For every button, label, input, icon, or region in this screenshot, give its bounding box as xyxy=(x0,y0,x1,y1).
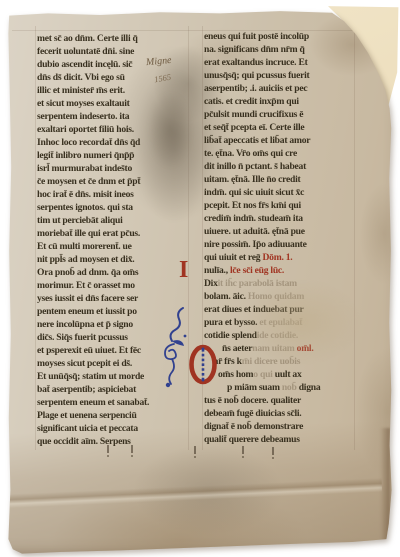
pen-trial-mark xyxy=(131,445,133,453)
parchment-leaf: met sc̄ ao dn̄m. Certe illi q̄fecerit uo… xyxy=(0,0,400,557)
manuscript-line: hoc irat̄ ē dn̄s. misit ineos xyxy=(37,188,193,201)
body-text: qui uiuit et reḡ xyxy=(204,252,260,263)
body-text: te. ęt̄na. Vr̄o om̄s qui cre xyxy=(204,148,297,159)
body-text: et seq̄t̄ pcepta eī. Certe ille xyxy=(204,122,304,133)
body-text: nulīa., xyxy=(204,265,230,276)
body-text: que occidit aīm. Serpens xyxy=(37,436,131,447)
body-text: Inhoc loco recordat̄ dn̄s q̄d xyxy=(37,137,140,148)
manuscript-line: credim̄ indm̄. studeam̄ ita xyxy=(204,212,360,225)
manuscript-line: tus ē nob̄ docere. qualiter xyxy=(204,394,360,407)
manuscript-line: illic et minister̄ m̄s erit. xyxy=(37,84,193,97)
manuscript-line: Inhoc loco recordat̄ dn̄s q̄d xyxy=(37,136,193,149)
manuscript-line: exaltari oportet filiū hois. xyxy=(37,123,193,136)
body-text: met sc̄ ao dn̄m. Certe illi q̄ xyxy=(37,33,138,44)
manuscript-line: pcepit. Et nos fr̄s km̄i qui xyxy=(204,199,360,212)
manuscript-line: moriebat̄ ille qui erat pc̄us. xyxy=(37,227,193,240)
manuscript-line: uitam. ęt̄nā. Ille n̄o credit xyxy=(204,173,360,186)
body-text: pura et bysso. xyxy=(204,317,259,328)
body-text: dignat̄ ē nob̄ demonstrare xyxy=(204,421,303,432)
body-text: pcepit. Et nos fr̄s km̄i qui xyxy=(204,200,301,211)
body-text: serpentes ignotos. qui sta xyxy=(37,202,133,213)
manuscript-line: significant uicia et peccata xyxy=(37,422,193,435)
body-text: moriebat̄ ille qui erat pc̄us. xyxy=(37,228,140,239)
rubric-initial-i: I xyxy=(179,256,188,284)
body-text: et psperexit eū uiuet. Et fēc xyxy=(37,345,141,356)
initial-d-ornament-icon xyxy=(188,342,218,387)
manuscript-line: legit̄ inlibro numeri q̄np̄p̄ xyxy=(37,149,193,162)
body-text: erat diues et induebat pur xyxy=(204,304,304,315)
manuscript-line: Ora pnob̄ ad dnm. q̄a om̄s xyxy=(37,266,193,279)
manuscript-line: dit inillo n̄ pctant. s̄ habeat xyxy=(204,160,360,173)
body-text: uob̄is xyxy=(280,356,301,367)
body-text: nere incolūpna et p̄ signo xyxy=(37,319,133,330)
manuscript-line: nit ppl̄s ad moysen et dix̄. xyxy=(37,253,193,266)
manuscript-line: debeam̄ fugē diuicias sc̄li. xyxy=(204,407,360,420)
manuscript-line: lib̄at̄ apeccatis et lib̄at amor xyxy=(204,134,360,147)
body-text: exaltari oportet filiū hois. xyxy=(37,124,134,135)
body-text: dn̄s ds̄ dicit. Vbi ego sū xyxy=(37,72,125,83)
body-text: cotidie splend xyxy=(204,330,257,341)
manuscript-line: nr̄ fr̄s km̄i dicere uob̄is xyxy=(213,355,360,368)
body-text: uult ax xyxy=(275,369,302,380)
body-text: pc̄ulsit mundi crucifixus ē xyxy=(204,109,303,120)
body-text: m̄i dicere xyxy=(242,356,280,367)
body-text: Plage et uenena serpenciū xyxy=(37,410,137,421)
body-text: tim ut perciebāt aliqui xyxy=(37,215,122,226)
body-text: Homo quidam xyxy=(248,291,304,302)
body-text: uiuere. ut aduitā. ęt̄nā pue xyxy=(204,226,305,237)
manuscript-line: isrl̄ murmurabat indes̄to xyxy=(37,162,193,175)
body-text: fecerit uoluntatē dn̄i. sine xyxy=(37,46,134,57)
body-text: digna xyxy=(299,382,321,393)
body-text: illic et minister̄ m̄s erit. xyxy=(37,85,125,96)
manuscript-line: Et cū multi morerent̄. ue xyxy=(37,240,193,253)
body-text: unusq̄sq̄; qui pcussus fuerit xyxy=(204,70,310,81)
ruling-line-vertical xyxy=(35,26,36,450)
body-text: lib̄at̄ apeccatis et lib̄at amor xyxy=(204,135,310,146)
body-text: moyses sicut pcepit ei ds̄. xyxy=(37,358,132,369)
manuscript-line: nire possim̄. Ip̄o adiuuante xyxy=(204,238,360,251)
body-text: o qui xyxy=(253,369,274,380)
body-text: uitam. ęt̄nā. Ille n̄o credit xyxy=(204,174,300,185)
pen-trial-mark xyxy=(194,446,196,454)
manuscript-line: unusq̄sq̄; qui pcussus fuerit xyxy=(204,69,360,82)
body-text: bat̄ aserpentib; aspiciebat xyxy=(37,384,136,395)
manuscript-line: eneus qui fuit postē incolūp xyxy=(204,30,360,43)
body-text: na. significans dn̄m nr̄m q̄ xyxy=(204,44,305,55)
body-text: indm̄. qui sic uiuit sicut x̄c xyxy=(204,187,304,198)
body-text: credim̄ indm̄. studeam̄ ita xyxy=(204,213,303,224)
manuscript-line: erat exaltandus incruce. Et xyxy=(204,56,360,69)
body-text: om̄s hom xyxy=(218,369,253,380)
body-text: bolam. āic. xyxy=(204,291,248,302)
marginal-annotation-migne: Migne xyxy=(146,55,172,68)
body-text: yses iussit ei dn̄s facere ser xyxy=(37,293,138,304)
body-text: nam uitam xyxy=(252,343,296,354)
rubric-text: om̄l. xyxy=(297,343,314,354)
body-text: tus ē nob̄ docere. qualiter xyxy=(204,395,301,406)
pen-trial-mark xyxy=(107,445,109,453)
manuscript-line: bolam. āic. Homo quidam xyxy=(204,290,360,303)
body-text: et epulabat̄ xyxy=(259,317,302,328)
body-text: dit inillo n̄ pctant. s̄ habeat xyxy=(204,161,306,172)
body-text: erat exaltandus incruce. Et xyxy=(204,57,308,68)
body-text: Et cū multi morerent̄. ue xyxy=(37,241,132,252)
body-text: c̄e moysen et c̄e dnm et p̄pt̄ xyxy=(37,176,140,187)
body-text: morimur. Et c̄ orasset mo xyxy=(37,280,135,291)
body-text: nit ppl̄s ad moysen et dix̄. xyxy=(37,254,134,265)
body-text: debeam̄ fugē diuicias sc̄li. xyxy=(204,408,301,419)
manuscript-line: qui uiuit et reḡ Dōm. 1. xyxy=(204,251,360,264)
body-text: catis. et credit inxp̄m qui xyxy=(204,96,299,107)
decorated-initial-d: D xyxy=(188,342,218,387)
body-text: p miām suam xyxy=(227,382,282,393)
pen-trial-mark xyxy=(242,446,244,454)
manuscript-line: yses iussit ei dn̄s facere ser xyxy=(37,292,193,305)
body-text: n̄s aeter xyxy=(222,343,252,354)
rubric-text: Dōm. 1. xyxy=(260,252,292,263)
manuscript-line: met sc̄ ao dn̄m. Certe illi q̄ xyxy=(37,32,193,45)
body-text: legit̄ inlibro numeri q̄np̄p̄ xyxy=(37,150,134,161)
manuscript-line: cotidie splendide cotidie. xyxy=(204,329,360,342)
pen-trial-mark xyxy=(272,447,274,455)
manuscript-line: serpentem eneum et sanabat̄. xyxy=(37,396,193,409)
body-text: it ih̄c parabolā istam xyxy=(218,278,297,289)
leaf-shadow: met sc̄ ao dn̄m. Certe illi q̄fecerit uo… xyxy=(0,0,400,557)
manuscript-line: aserpentib; .i. auiciis et pec xyxy=(204,82,360,95)
rubric-text: lc̄e sc̄i eūg lūc. xyxy=(230,265,284,276)
body-text: Ora pnob̄ ad dnm. q̄a om̄s xyxy=(37,267,138,278)
manuscript-line: et seq̄t̄ pcepta eī. Certe ille xyxy=(204,121,360,134)
manuscript-line: qualit̄ querere debeamus xyxy=(204,433,360,446)
manuscript-line: tim ut perciebāt aliqui xyxy=(37,214,193,227)
manuscript-line: serpentem indeserto. ita xyxy=(37,110,193,123)
manuscript-line: na. significans dn̄m nr̄m q̄ xyxy=(204,43,360,56)
body-text: serpentem indeserto. ita xyxy=(37,111,129,122)
body-text: dic̄s. Siq̄s fuerit pcussus xyxy=(37,332,128,343)
manuscript-line: pura et bysso. et epulabat̄ xyxy=(204,316,360,329)
body-text: Et unūq̄sq̄; statim ut morde xyxy=(37,371,144,382)
body-text: serpentem eneum et sanabat̄. xyxy=(37,397,149,408)
body-text: significant uicia et peccata xyxy=(37,423,138,434)
body-text: nob̄ xyxy=(282,382,299,393)
body-text: hoc irat̄ ē dn̄s. misit ineos xyxy=(37,189,134,200)
manuscript-line: n̄s aeternam uitam om̄l. xyxy=(222,342,360,355)
body-text: eneus qui fuit postē incolūp xyxy=(204,31,309,42)
body-text: aserpentib; .i. auiciis et pec xyxy=(204,83,307,94)
manuscript-line: dignat̄ ē nob̄ demonstrare xyxy=(204,420,360,433)
manuscript-line: indm̄. qui sic uiuit sicut x̄c xyxy=(204,186,360,199)
manuscript-line: nulīa., lc̄e sc̄i eūg lūc. xyxy=(204,264,360,277)
manuscript-line: serpentes ignotos. qui sta xyxy=(37,201,193,214)
edge-stain xyxy=(380,428,390,542)
body-text: Dix xyxy=(204,278,218,289)
fold-crease xyxy=(8,478,382,508)
body-text: qualit̄ querere debeamus xyxy=(204,434,300,445)
manuscript-line: uiuere. ut aduitā. ęt̄nā pue xyxy=(204,225,360,238)
manuscript-line: et sicut moyses exaltauit xyxy=(37,97,193,110)
manuscript-line: om̄s homo qui uult ax xyxy=(218,368,360,381)
manuscript-line: que occidit aīm. Serpens xyxy=(37,435,193,448)
body-text: pentem eneum et iussit po xyxy=(37,306,137,317)
manuscript-line: te. ęt̄na. Vr̄o om̄s qui cre xyxy=(204,147,360,160)
manuscript-line: catis. et credit inxp̄m qui xyxy=(204,95,360,108)
manuscript-line: pc̄ulsit mundi crucifixus ē xyxy=(204,108,360,121)
manuscript-photo: met sc̄ ao dn̄m. Certe illi q̄fecerit uo… xyxy=(0,0,400,557)
body-text: nire possim̄. Ip̄o adiuuante xyxy=(204,239,307,250)
body-text: dubio ascendit incęlū. sic̄ xyxy=(37,59,132,70)
text-column-right: eneus qui fuit postē incolūpna. signific… xyxy=(204,30,360,446)
manuscript-line: c̄e moysen et c̄e dnm et p̄pt̄ xyxy=(37,175,193,188)
manuscript-line: morimur. Et c̄ orasset mo xyxy=(37,279,193,292)
manuscript-line: Plage et uenena serpenciū xyxy=(37,409,193,422)
manuscript-line: Dixit ih̄c parabolā istam xyxy=(204,277,360,290)
body-text: et sicut moyses exaltauit xyxy=(37,98,130,109)
manuscript-line: erat diues et induebat pur xyxy=(204,303,360,316)
body-text: ide cotidie. xyxy=(257,330,298,341)
body-text: isrl̄ murmurabat indes̄to xyxy=(37,163,132,174)
manuscript-line: p miām suam nob̄ digna xyxy=(227,381,360,394)
